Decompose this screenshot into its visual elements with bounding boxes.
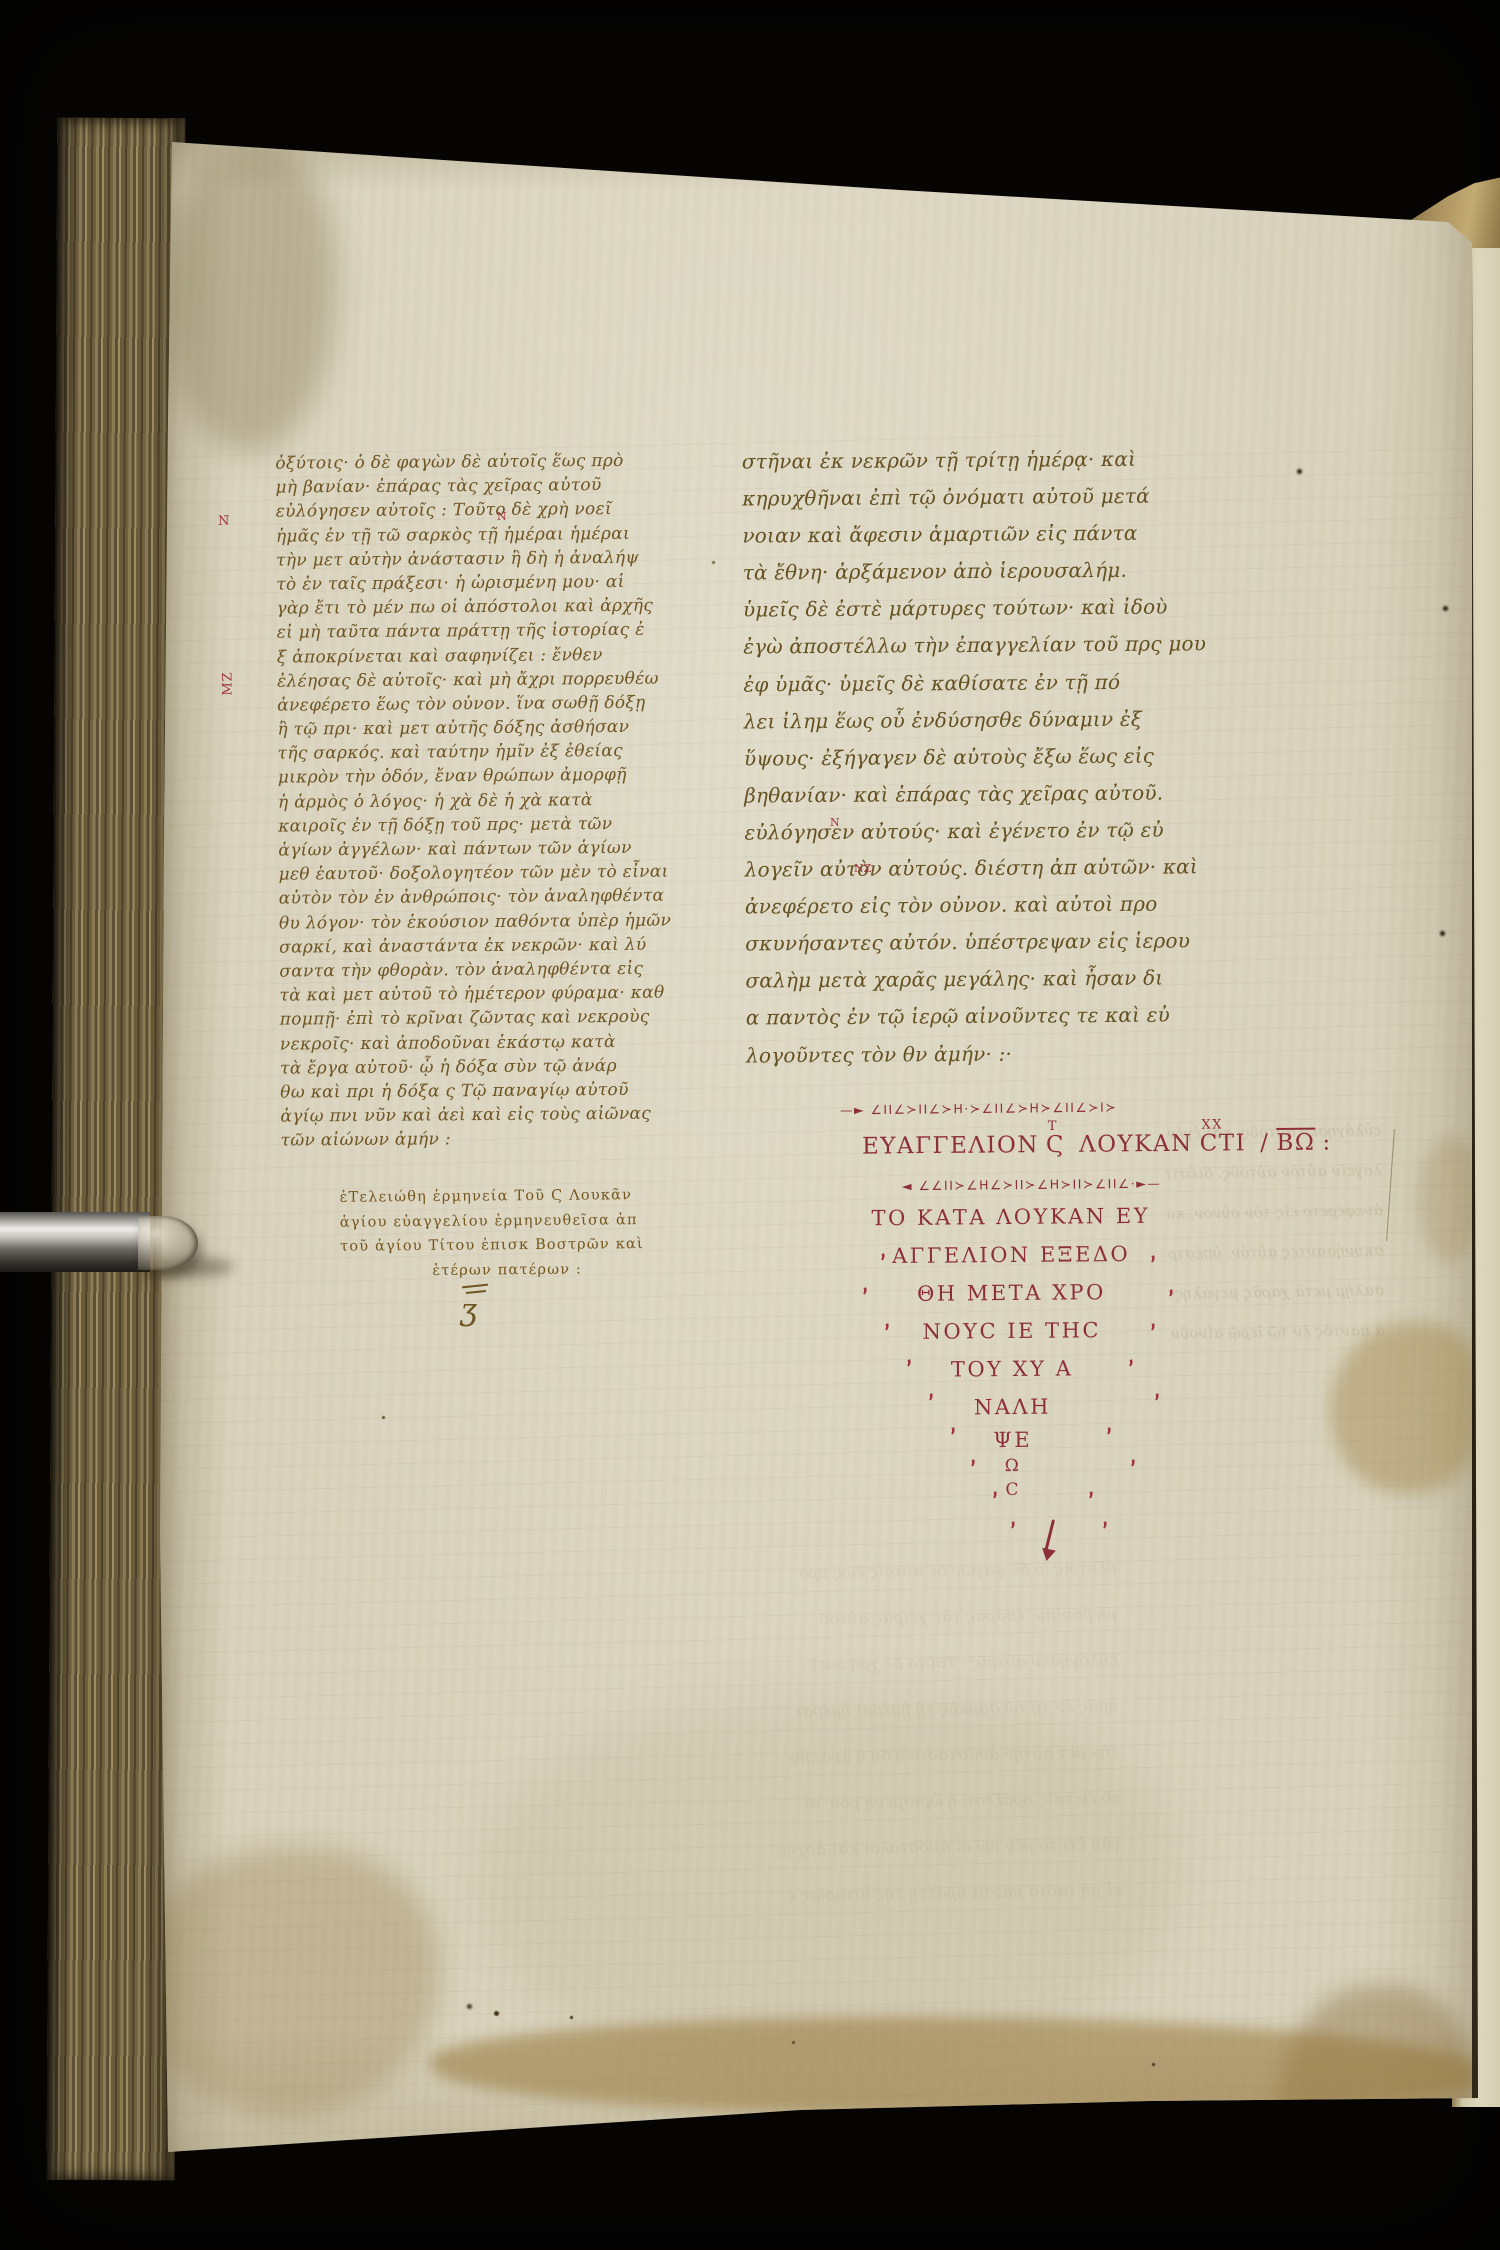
text-line: λογοῦντες τὸν θν ἀμήν· :· [746,1040,1186,1080]
text-line: πομπῇ· ἐπὶ τὸ κρῖναι ζῶντας καὶ νεκροὺς [280,1007,700,1034]
text-line: τὰ καὶ μετ αὐτοῦ τὸ ἡμέτερον φύραμα· καθ [279,982,699,1009]
text-line: εὐλόγησεν αὐτοῖς : Τοῦτο δὲ χρὴ νοεῖ [276,499,696,526]
text-line: ὀξύτοις· ὁ δὲ φαγὼν δὲ αὐτοῖς ἕως πρὸ [275,450,695,477]
text-line: τὰ ἔργα αὐτοῦ· ᾧ ἡ δόξα σὺν τῷ ἀνάρ [280,1055,700,1082]
text-line: νοιαν καὶ ἄφεσιν ἁμαρτιῶν εἰς πάντα [742,521,1182,561]
text-line: ἡμᾶς ἐν τῇ τῶ σαρκὸς τῇ ἡμέραι ἡμέραι [276,523,696,550]
text-line: αὐτὸν τὸν ἐν ἀνθρώποις· τὸν ἀναληφθέντα [279,886,699,913]
text-line: θω καὶ πρι ἡ δόξα ς Τῷ παναγίῳ αὐτοῦ [280,1079,700,1106]
text-line: ἑτέρων πατέρων : [340,1260,740,1288]
stichoi-abbrev: ΧΧϹΤΙ [1200,1130,1254,1156]
text-line: ἡ ἁρμὸς ὁ λόγος· ἡ χὰ δὲ ἡ χὰ κατὰ [278,789,698,816]
text-line: εἰ μὴ ταῦτα πάντα πράττῃ τῆς ἱστορίας ἐ [277,620,697,647]
title-word: ΛΟΥΚΑΝ [1079,1131,1193,1158]
text-line: ΨΕ [863,1427,1163,1458]
manuscript-page: εὐλόγησεν αὐτούς· καὶ ἐγένετο ἐν τῷ εὐ λ… [150,135,1480,2160]
text-line: τῶν αἰώνων ἀμήν : [281,1128,701,1155]
showthrough-text: ὀξύτοις· ὁ δὲ φαγὼν δὲ αὐτοῖς ἕως πρὸ μὴ… [556,1558,1124,2028]
text-line: στῆναι ἐκ νεκρῶν τῇ τρίτῃ ἡμέρᾳ· καὶ [742,446,1182,486]
text-line: νεκροῖς· καὶ ἀποδοῦναι ἑκάστῳ κατὰ [280,1031,700,1058]
text-line: λει ἰλημ ἕως οὗ ἐνδύσησθε δύναμιν ἐξ [744,706,1184,746]
text-line: μὴ βανίαν· ἐπάρας τὰς χεῖρας αὐτοῦ [275,475,695,502]
title-colon: : [1322,1130,1331,1156]
text-line: λογεῖν αὐτὸν αὐτούς. διέστη ἀπ αὐτῶν· κα… [745,854,1185,894]
text-line: ἐΤελειώθη ἑρμηνεία Τοῦ Ϛ Λουκᾶν [340,1186,740,1214]
text-line: τοῦ ἁγίου Τίτου ἐπισκ Βοστρῶν καὶ [340,1235,740,1263]
text-line: Ω [863,1455,1163,1482]
gospel-column: στῆναι ἐκ νεκρῶν τῇ τρίτῃ ἡμέρᾳ· καὶκηρυ… [742,446,1186,1080]
margin-section-number: ΝΖ [854,862,871,875]
text-line: ἐγὼ ἀποστέλλω τὴν ἐπαγγελίαν τοῦ πρς μου [743,632,1183,672]
text-line: καιροῖς ἐν τῇ δόξῃ τοῦ πρς· μετὰ τῶν [278,813,698,840]
stain [1278,1985,1478,2235]
text-line: γὰρ ἔτι τὸ μέν πω οἱ ἀπόστολοι καὶ ἀρχῆς [276,595,696,622]
text-line: τὸ ἐν ταῖς πράξεσι· ἡ ὡρισμένη μου· αἱ [276,571,696,598]
numeral-slash: ∕ [1260,1130,1269,1156]
text-line: θυ λόγον· τὸν ἑκούσιον παθόντα ὑπὲρ ἡμῶν [279,910,699,937]
kata-ligature: ΤϚ [1046,1132,1072,1158]
text-line: τῆς σαρκός. καὶ ταύτην ἡμῖν ἐξ ἐθείας [278,741,698,768]
commentary-colophon: ἐΤελειώθη ἑρμηνεία Τοῦ Ϛ Λουκᾶνἁγίου εὐα… [340,1186,741,1287]
scribal-flourish: ʒ [460,1293,500,1353]
text-line: βηθανίαν· καὶ ἐπάρας τὰς χεῖρας αὐτοῦ. [744,780,1184,820]
ornamental-divider: —► ∠ΙΙ∠≻ΙΙ∠≻Η·≻∠ΙΙ∠≻Η≻∠ΙΙ∠≻Ι≻ [840,1100,1117,1118]
text-line: τὴν μετ αὐτὴν ἀνάστασιν ἢ δὴ ἡ ἀναλήψ [276,547,696,574]
text-line: τὰ ἔθνη· ἀρξάμενον ἀπὸ ἱερουσαλήμ. [743,558,1183,598]
text-line: ὑμεῖς δὲ ἐστὲ μάρτυρες τούτων· καὶ ἰδοὺ [743,595,1183,635]
ornamental-divider: ◄ ∠∠ΙΙ≻∠Η∠≻ΙΙ≻∠Η≻ΙΙ≻∠ΙΙ∠·►— [902,1176,1161,1194]
text-line: ξ ἀποκρίνεται καὶ σαφηνίζει : ἔνθεν [277,644,697,671]
gospel-subscription-title: ΕΥΑΓΓΕΛΙΟΝΤϚΛΟΥΚΑΝΧΧϹΤΙ∕ΒΩ: [862,1128,1462,1159]
text-line: ἀνεφέρετο ἕως τὸν οὐνον. ἵνα σωθῇ δόξῃ [277,692,697,719]
text-line: ἐφ ὑμᾶς· ὑμεῖς δὲ καθίσατε ἐν τῇ πό [743,669,1183,709]
text-line: σαντα τὴν φθορὰν. τὸν ἀναληφθέντα εἰς [279,958,699,985]
text-line: ἁγίων ἀγγέλων· καὶ πάντων τῶν ἁγίων [278,837,698,864]
text-line: ΝΑΛΗ [862,1394,1162,1430]
text-line: C [863,1479,1163,1506]
text-line: ΘΗ ΜΕΤΑ ΧΡΟ [861,1280,1161,1321]
text-line: ἁγίου εὐαγγελίου ἑρμηνευθεῖσα ἀπ [340,1211,740,1239]
margin-section-number: Ν [830,816,840,829]
text-line: ἁγίῳ πνι νῦν καὶ ἀεὶ καὶ εἰς τοὺς αἰῶνας [280,1103,700,1130]
text-line: κηρυχθῆναι ἐπὶ τῷ ὀνόματι αὐτοῦ μετά [742,484,1182,524]
text-line: ὕψους· ἐξήγαγεν δὲ αὐτοὺς ἔξω ἕως εἰς [744,743,1184,783]
margin-section-number: Ν̈ [218,514,230,529]
text-line: α παντὸς ἐν τῷ ἱερῷ αἰνοῦντες τε καὶ εὐ [746,1003,1186,1043]
text-line: ΤΟ ΚΑΤΑ ΛΟΥΚΑΝ ΕΥ [861,1204,1161,1245]
stichoi-number: ΒΩ [1276,1130,1315,1156]
text-line: ἢ τῷ πρι· καὶ μετ αὐτῆς δόξης ἀσθήσαν [277,716,697,743]
text-line: ἐλέησας δὲ αὐτοῖς· καὶ μὴ ἄχρι πορρευθέω [277,668,697,695]
title-word: ΕΥΑΓΓΕΛΙΟΝ [862,1132,1039,1160]
text-line: σκυνήσαντες αὐτόν. ὑπέστρεψαν εἰς ἱερου [745,929,1185,969]
tailpiece-flourish [1038,1519,1062,1563]
text-line: σαλὴμ μετὰ χαρᾶς μεγάλης· καὶ ἦσαν δι [745,966,1185,1006]
inline-section-number: Ν [497,510,507,523]
stain [166,143,336,453]
glass-rod-weight [0,1212,150,1272]
text-line: ἀνεφέρετο εἰς τὸν οὐνον. καὶ αὐτοὶ προ [745,892,1185,932]
margin-section-number: ΜΖ [221,671,236,695]
showthrough-text: εὐλόγησεν αὐτούς· καὶ ἐγένετο ἐν τῷ εὐ λ… [1166,1121,1388,1545]
manuscript-photo: εὐλόγησεν αὐτούς· καὶ ἐγένετο ἐν τῷ εὐ λ… [0,0,1500,2250]
text-line: μεθ ἑαυτοῦ· δοξολογητέον τῶν μὲν τὸ εἶνα… [278,862,698,889]
text-line: μικρὸν τὴν ὁδόν, ἔναν θρώπων ἀμορφῇ [278,765,698,792]
text-line: σαρκί, καὶ ἀναστάντα ἐκ νεκρῶν· καὶ λύ [279,934,699,961]
text-line: ΑΓΓΕΛΙΟΝ ΕΞΕΔΟ [861,1242,1161,1283]
commentary-column: ὀξύτοις· ὁ δὲ φαγὼν δὲ αὐτοῖς ἕως πρὸμὴ … [275,450,700,1155]
text-line: εὐλόγησεν αὐτούς· καὶ ἐγένετο ἐν τῷ εὐ [744,817,1184,857]
